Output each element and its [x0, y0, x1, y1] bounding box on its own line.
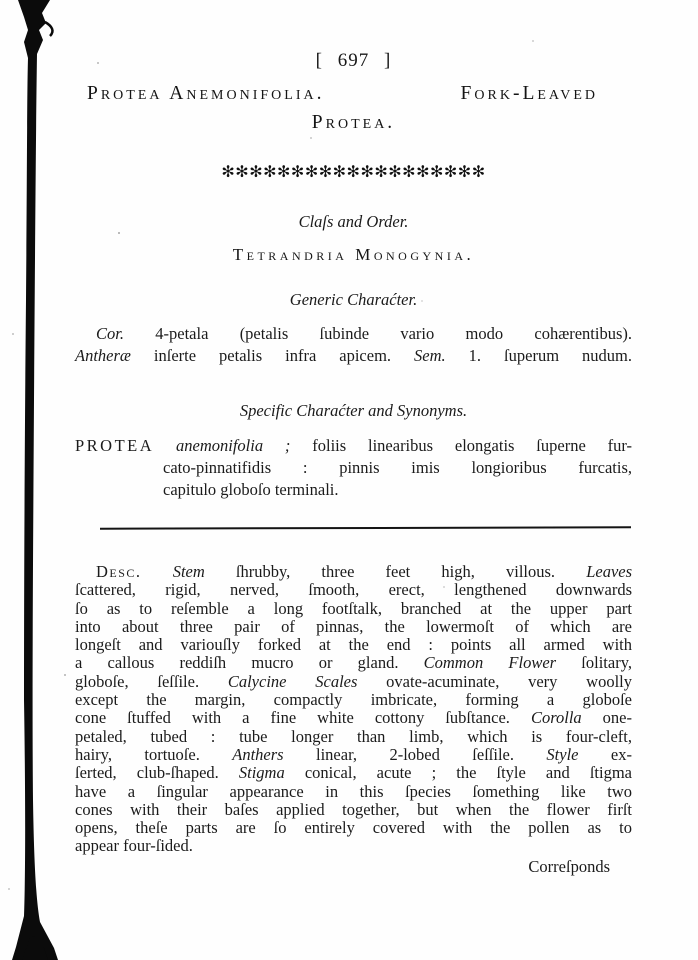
- text-line: cones with their baſes applied together,…: [75, 801, 632, 819]
- text-line: Cor. 4-petala (petalis ſubinde vario mod…: [75, 323, 632, 345]
- text-line: appear four-ſided.: [75, 837, 632, 855]
- class-and-order-heading: Claſs and Order.: [75, 212, 632, 232]
- text-line: capitulo globoſo terminali.: [163, 479, 632, 501]
- text-line: ſo as to reſemble a long footſtalk, bran…: [75, 600, 632, 618]
- text-line: Desc. Stem ſhrubby, three feet high, vil…: [75, 563, 632, 581]
- text-line: hairy, tortuoſe. Anthers linear, 2-lobed…: [75, 746, 632, 764]
- title-species: Protea Anemonifolia.: [87, 83, 324, 105]
- text-line: except the margin, compactly imbricate, …: [75, 691, 632, 709]
- scanned-book-page: [ 697 ] Protea Anemonifolia. Fork-Leaved…: [0, 0, 698, 960]
- page-number: [ 697 ]: [75, 50, 632, 72]
- text-line: have a ſingular appearance in this ſpeci…: [75, 783, 632, 801]
- specific-character-paragraph: PROTEA anemonifolia ; foliis linearibus …: [75, 435, 632, 501]
- specific-character-heading: Specific Charaćter and Synonyms.: [75, 401, 632, 421]
- text-line: cone ſtuffed with a fine white cottony ſ…: [75, 709, 632, 727]
- title-common-part1: Fork-Leaved: [461, 83, 598, 105]
- horizontal-rule: [100, 526, 631, 529]
- text-line: globoſe, ſeſſile. Calycine Scales ovate-…: [75, 673, 632, 691]
- scan-dust-specks: [0, 0, 2, 2]
- page-title: Protea Anemonifolia. Fork-Leaved: [75, 83, 632, 105]
- text-line: longeſt and variouſly forked at the end …: [75, 636, 632, 654]
- generic-character-paragraph: Cor. 4-petala (petalis ſubinde vario mod…: [75, 323, 632, 367]
- text-line: opens, theſe parts are ſo entirely cover…: [75, 819, 632, 837]
- catchword: Correſponds: [75, 857, 632, 877]
- printers-flower-ornament-row: ✻✻✻✻✻✻✻✻✻✻✻✻✻✻✻✻✻✻✻: [75, 162, 632, 181]
- text-line: PROTEA anemonifolia ; foliis linearibus …: [75, 435, 632, 457]
- text-line: Antheræ inſerte petalis infra apicem. Se…: [75, 345, 632, 367]
- text-line: a callous reddiſh mucro or gland. Common…: [75, 654, 632, 672]
- page-content: [ 697 ] Protea Anemonifolia. Fork-Leaved…: [75, 0, 632, 877]
- text-line: ſcattered, rigid, nerved, ſmooth, erect,…: [75, 581, 632, 599]
- generic-character-heading: Generic Charaćter.: [75, 290, 632, 310]
- text-line: ſerted, club-ſhaped. Stigma conical, acu…: [75, 764, 632, 782]
- text-line: into about three pair of pinnas, the low…: [75, 618, 632, 636]
- class-and-order-value: Tetrandria Monogynia.: [75, 245, 632, 265]
- text-line: cato-pinnatifidis : pinnis imis longiori…: [163, 457, 632, 479]
- description-paragraph: Desc. Stem ſhrubby, three feet high, vil…: [75, 563, 632, 856]
- text-line: petaled, tubed : tube longer than limb, …: [75, 728, 632, 746]
- title-common-part2: Protea.: [75, 112, 632, 134]
- binding-edge: [0, 0, 70, 960]
